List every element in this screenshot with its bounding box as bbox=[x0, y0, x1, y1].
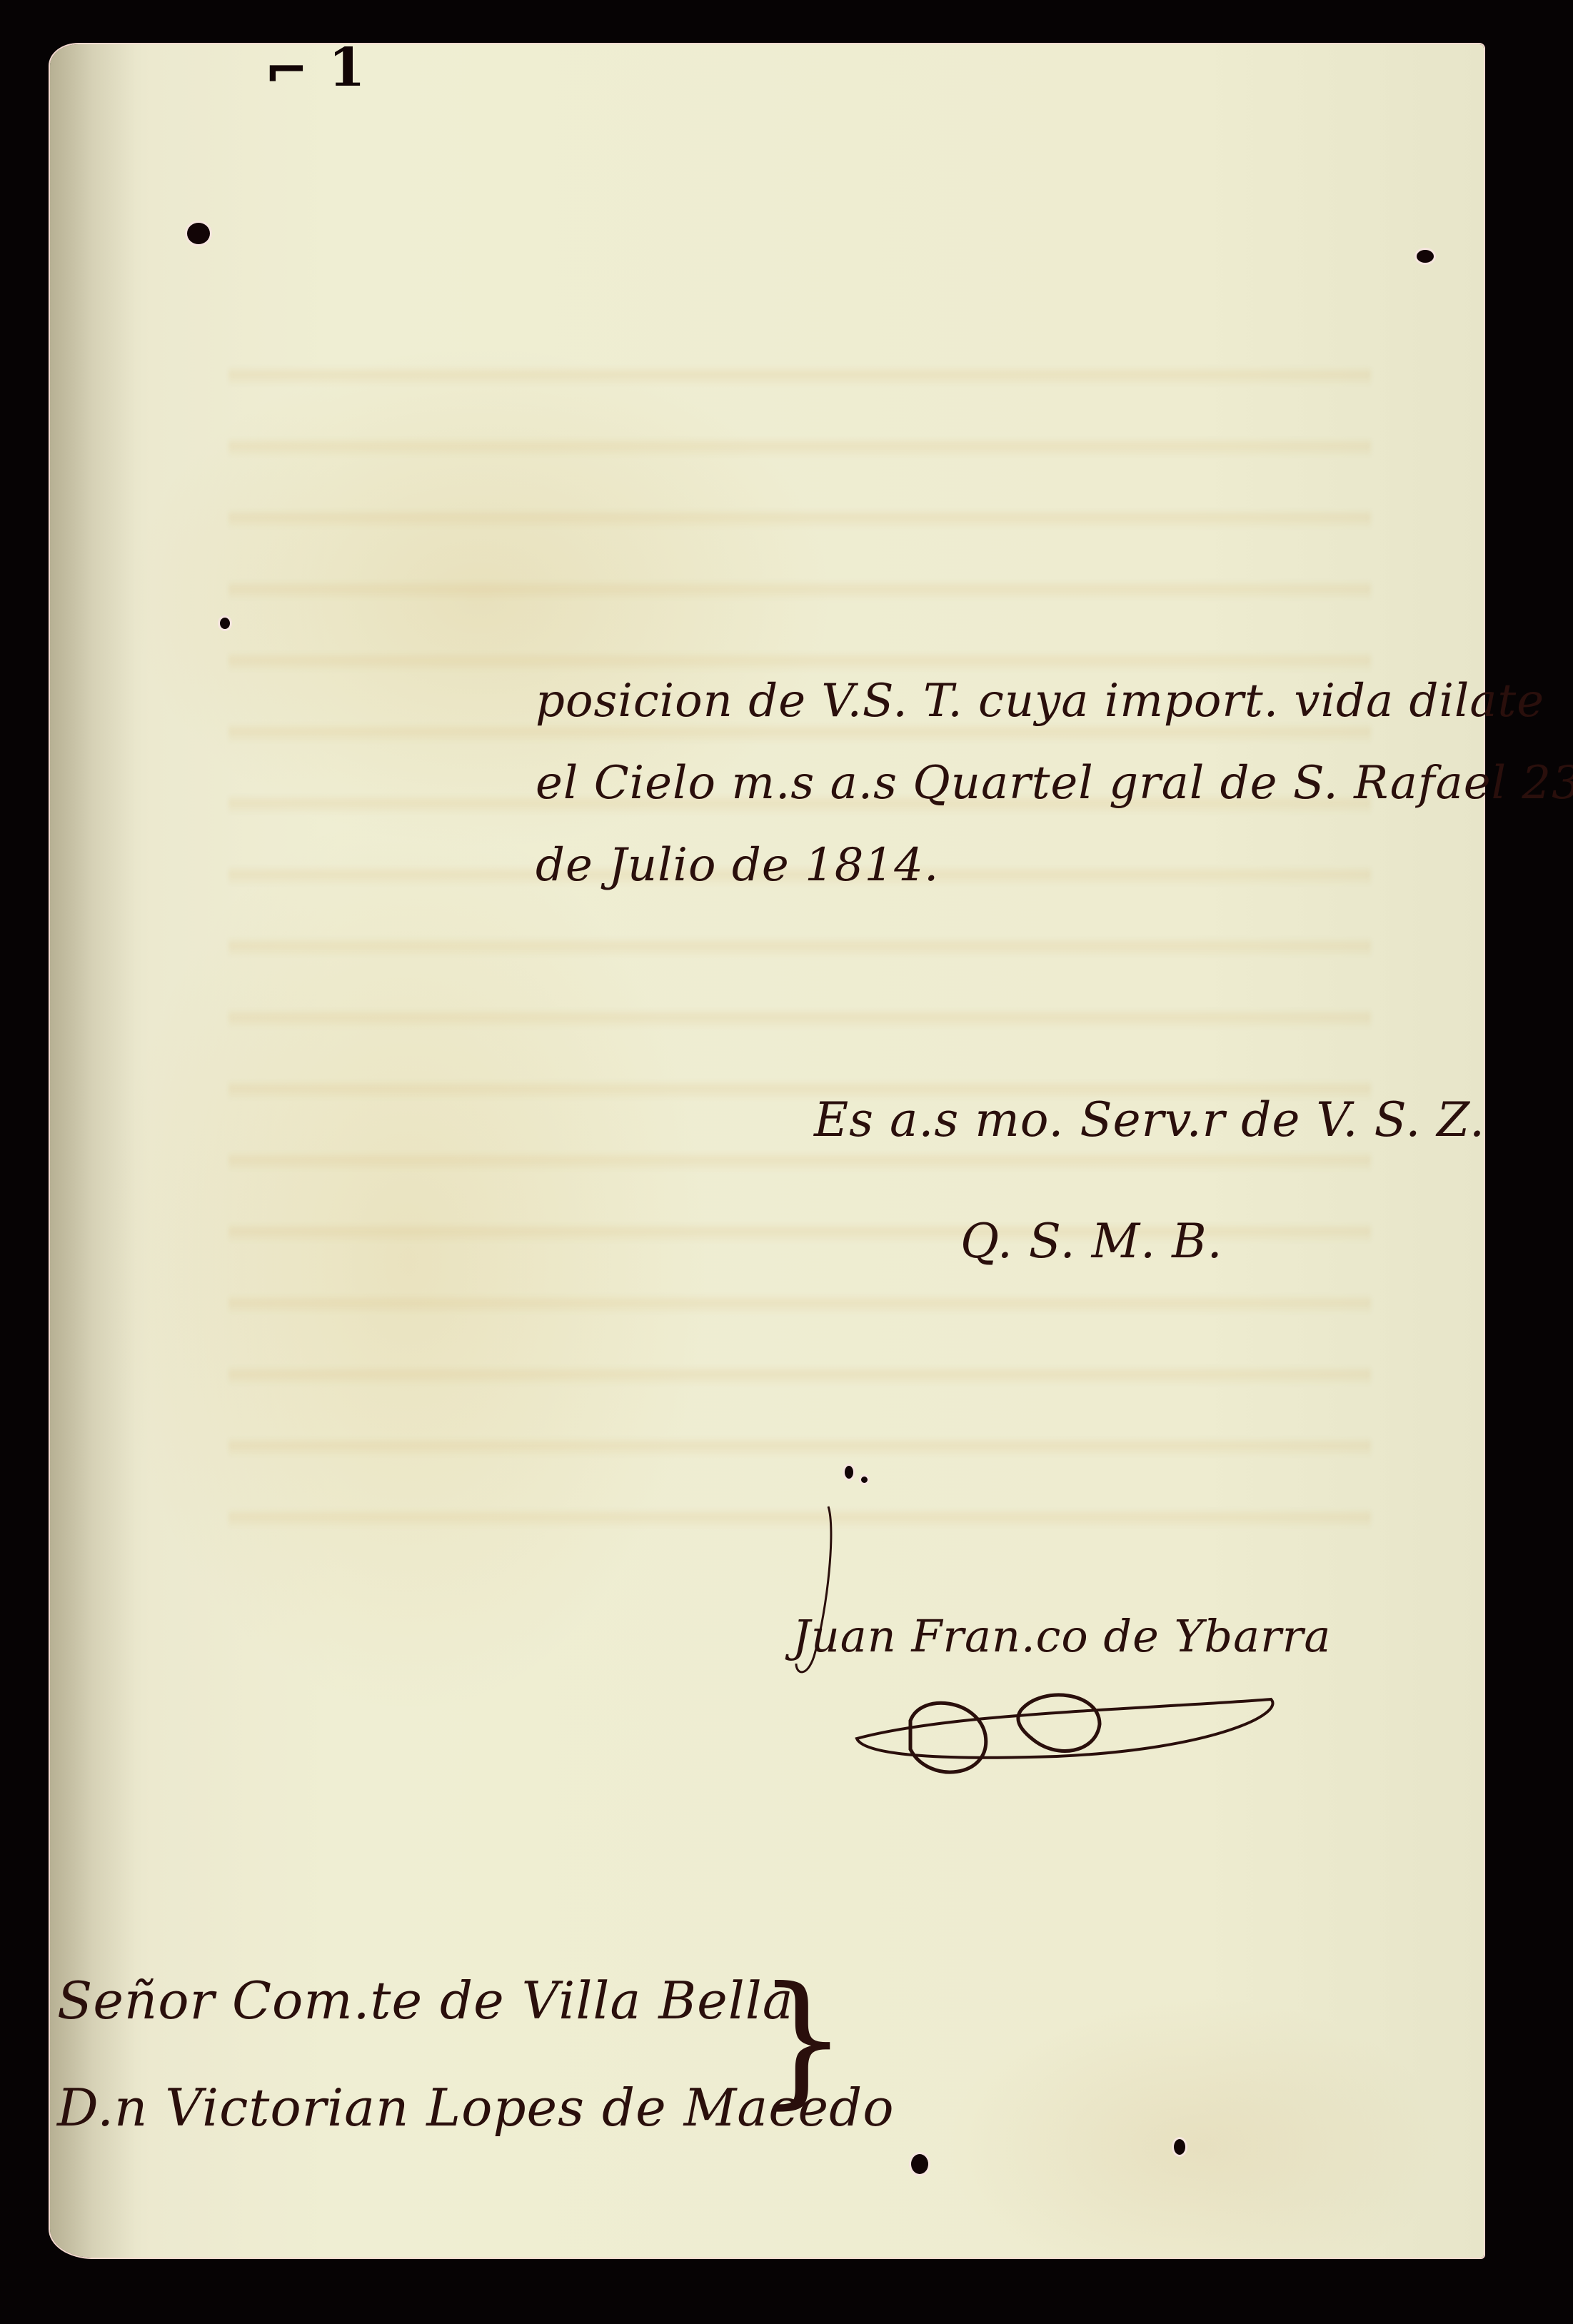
manuscript-page bbox=[50, 44, 1484, 2258]
hole-bottom-right bbox=[1174, 2139, 1185, 2155]
body-line-1: posicion de V.S. T. cuya import. vida di… bbox=[536, 675, 1544, 728]
hole-top-right bbox=[1417, 250, 1434, 263]
page-fold-shadow bbox=[50, 44, 136, 2258]
ink-dot bbox=[861, 1477, 868, 1483]
ink-dot bbox=[845, 1466, 853, 1479]
closing-line-1: Es a.s mo. Serv.r de V. S. Z. bbox=[814, 1092, 1485, 1147]
signature-name: Juan Fran.co de Ybarra bbox=[793, 1610, 1331, 1662]
body-line-3: de Julio de 1814. bbox=[536, 839, 939, 892]
body-line-2: el Cielo m.s a.s Quartel gral de S. Rafa… bbox=[536, 757, 1573, 810]
hole-left-middle bbox=[220, 618, 230, 629]
signature-initial-stroke-icon bbox=[793, 1499, 835, 1685]
addressee-brace-icon: } bbox=[757, 1956, 848, 2123]
hole-top-left bbox=[187, 223, 210, 244]
signature-flourish-icon bbox=[843, 1671, 1285, 1785]
addressee-line-1: Señor Com.te de Villa Bella bbox=[57, 1971, 794, 2031]
scan-stage: ⌐ 1 posicion de V.S. T. cuya import. vid… bbox=[0, 0, 1573, 2324]
closing-line-2: Q. S. M. B. bbox=[960, 1214, 1223, 1269]
bleed-through-text bbox=[228, 330, 1371, 1544]
hole-bottom-center bbox=[911, 2154, 928, 2174]
